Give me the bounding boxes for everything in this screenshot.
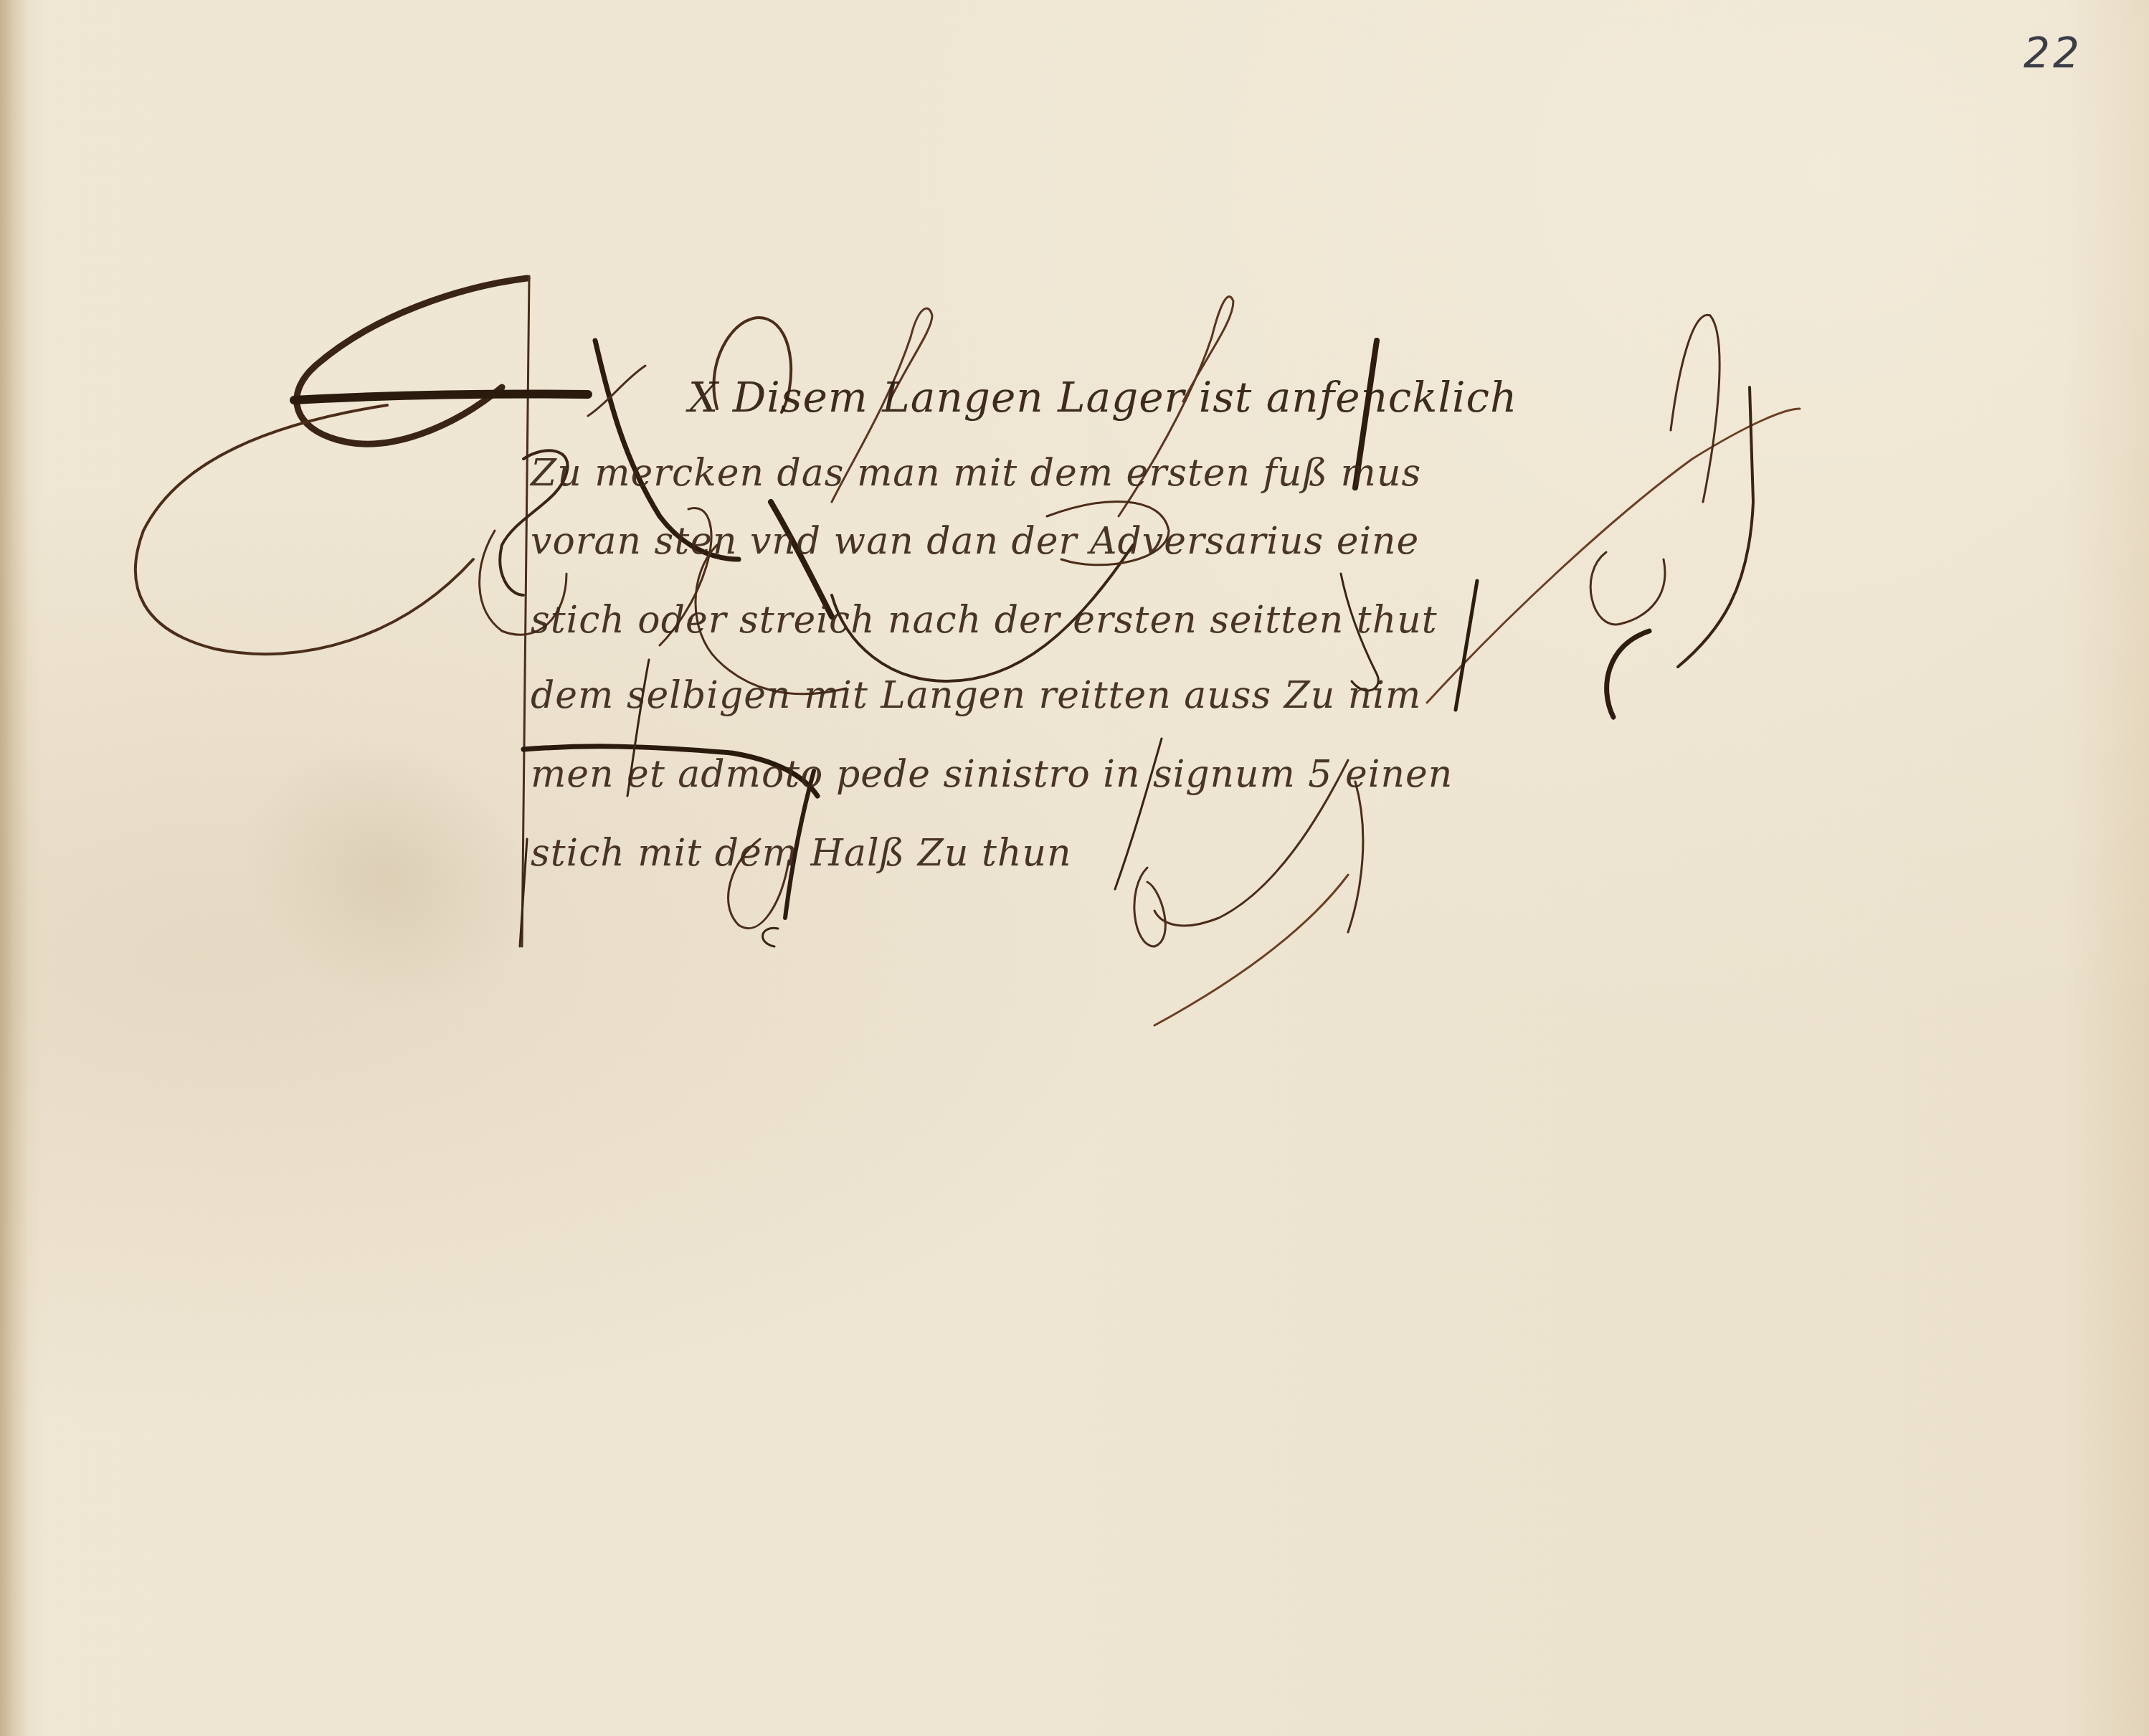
text-line-6: men et admoto pede sinistro in signum 5 … [531, 753, 1453, 796]
text-line-3: voran sten vnd wan dan der Adversarius e… [531, 520, 1419, 563]
ink-flourishes [0, 0, 2149, 1736]
initial-a-bowl [297, 278, 527, 444]
text-line-5: dem selbigen mit Langen reitten auss Zu … [531, 674, 1421, 717]
text-line-1: X Disem Langen Lager ist anfencklich [688, 373, 1517, 422]
manuscript-page: 22 [0, 0, 2149, 1736]
text-line-2: Zu mercken das man mit dem ersten fuß mu… [531, 452, 1421, 495]
text-line-4: stich oder streich nach der ersten seitt… [531, 599, 1438, 642]
text-line-7: stich mit dem Halß Zu thun [531, 832, 1071, 875]
